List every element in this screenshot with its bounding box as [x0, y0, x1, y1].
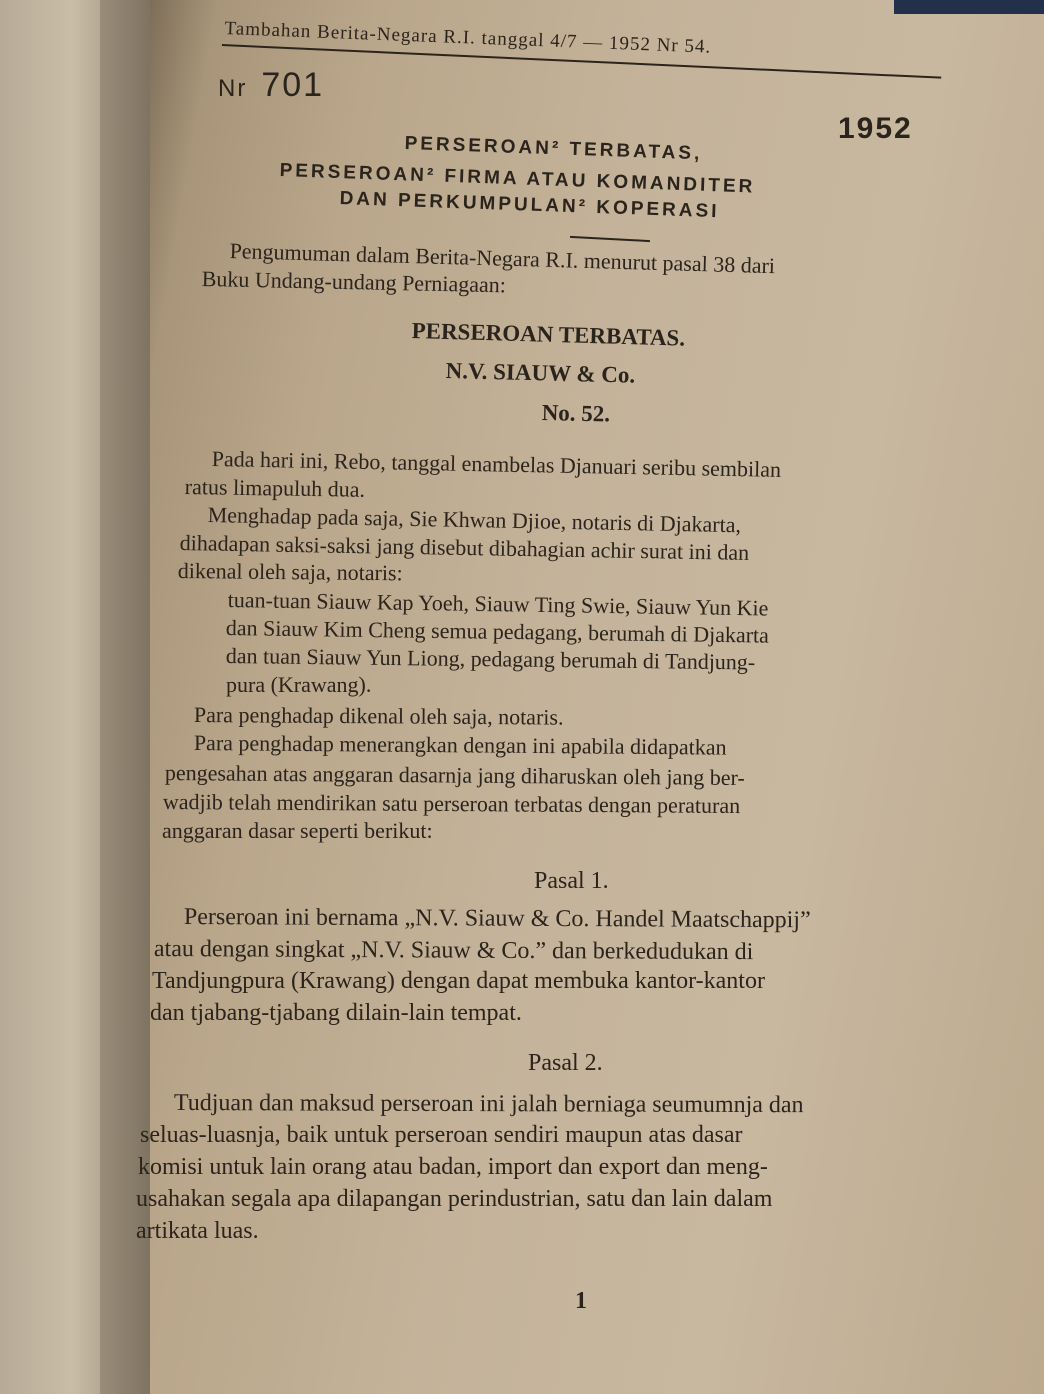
intro-line2: Buku Undang-undang Perniagaan:: [201, 266, 506, 298]
heading-rule: [570, 236, 650, 242]
pasal2-title: Pasal 2.: [528, 1050, 603, 1077]
body-line: Para penghadap menerangkan dengan ini ap…: [194, 730, 727, 761]
body-line: wadjib telah mendirikan satu perseroan t…: [163, 789, 740, 819]
body-line: pura (Krawang).: [226, 672, 371, 698]
page-number: 1: [575, 1288, 587, 1315]
pasal1-line: Tandjungpura (Krawang) dengan dapat memb…: [152, 968, 765, 995]
pasal2-line: Tudjuan dan maksud perseroan ini jalah b…: [174, 1090, 804, 1119]
company-number: No. 52.: [541, 400, 610, 427]
body-line: dan tuan Siauw Yun Liong, pedagang berum…: [226, 643, 756, 675]
body-line: anggaran dasar seperti berikut:: [162, 818, 433, 844]
issue-number: Nr701: [218, 66, 324, 105]
pasal1-title: Pasal 1.: [534, 868, 609, 895]
company-type: PERSEROAN TERBATAS.: [411, 318, 685, 352]
issue-number-value: 701: [261, 66, 324, 104]
pasal2-line: artikata luas.: [136, 1218, 259, 1245]
pasal2-line: seluas-luasnja, baik untuk perseroan sen…: [140, 1122, 742, 1149]
body-line: ratus limapuluh dua.: [185, 474, 366, 503]
body-line: dikenal oleh saja, notaris:: [178, 558, 403, 586]
background-corner: [894, 0, 1044, 14]
body-line: pengesahan atas anggaran dasarnja jang d…: [165, 760, 745, 791]
body-line: Para penghadap dikenal oleh saja, notari…: [194, 702, 564, 731]
section-heading-line1: PERSEROAN² TERBATAS,: [404, 133, 702, 165]
document-page: Tambahan Berita-Negara R.I. tanggal 4/7 …: [150, 0, 1044, 1394]
issue-number-prefix: Nr: [218, 75, 247, 102]
pasal2-line: usahakan segala apa dilapangan perindust…: [136, 1186, 772, 1213]
pasal1-line: atau dengan singkat „N.V. Siauw & Co.” d…: [154, 936, 754, 966]
year-label: 1952: [838, 112, 913, 146]
pasal1-line: Perseroan ini bernama „N.V. Siauw & Co. …: [184, 904, 811, 934]
company-name: N.V. SIAUW & Co.: [445, 358, 635, 389]
pasal1-line: dan tjabang-tjabang dilain-lain tempat.: [150, 1000, 522, 1027]
pasal2-line: komisi untuk lain orang atau badan, impo…: [138, 1154, 768, 1181]
